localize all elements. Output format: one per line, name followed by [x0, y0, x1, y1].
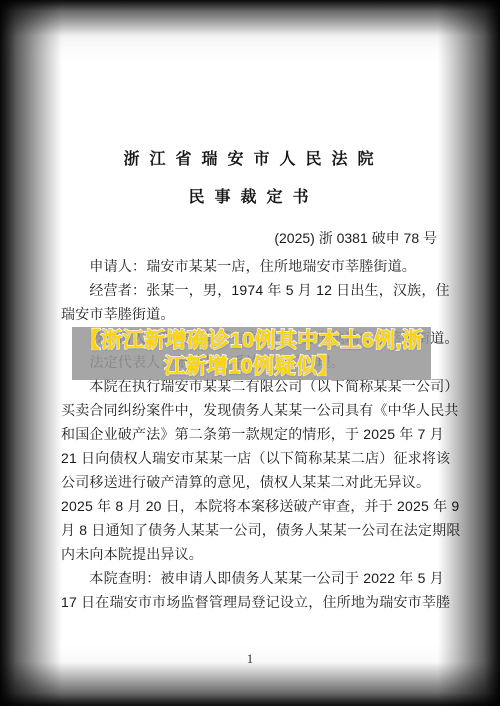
body-line: 瑞安市莘塍街道。 [61, 302, 453, 326]
body-line: 买卖合同纠纷案件中，发现债务人某某一公司具有《中华人民共 [61, 398, 453, 422]
body-line: 2025 年 8 月 20 日，本院将本案移送破产审查，并于 2025 年 9 [61, 494, 453, 518]
case-number: (2025) 浙 0381 破申 78 号 [61, 228, 437, 248]
body-line: 内未向本院提出异议。 [61, 542, 453, 566]
document-page: 浙 江 省 瑞 安 市 人 民 法 院 民 事 裁 定 书 (2025) 浙 0… [0, 0, 500, 706]
news-ticker-overlay: 【浙江新增确诊10例其中本土6例,浙 江新增10例疑似】 [72, 327, 431, 380]
news-headline-line1: 【浙江新增确诊10例其中本土6例,浙 [80, 328, 424, 354]
document-title: 民 事 裁 定 书 [0, 184, 500, 207]
body-line: 申请人：瑞安市某某一店，住所地瑞安市莘塍街道。 [61, 254, 453, 278]
body-line: 公司移送进行破产清算的意见，债权人某某二对此无异议。 [61, 470, 453, 494]
court-name: 浙 江 省 瑞 安 市 人 民 法 院 [0, 146, 500, 169]
page-number: 1 [61, 651, 439, 667]
news-headline-line2: 江新增10例疑似】 [164, 354, 339, 380]
body-line: 21 日向债权人瑞安市某某一店（以下简称某某二店）征求将该 [61, 446, 453, 470]
body-line: 经营者：张某一，男，1974 年 5 月 12 日出生，汉族，住 [61, 278, 453, 302]
body-line: 和国企业破产法》第二条第一款规定的情形，于 2025 年 7 月 [61, 422, 453, 446]
document-body: 申请人：瑞安市某某一店，住所地瑞安市莘塍街道。 经营者：张某一，男，1974 年… [61, 254, 453, 614]
body-line: 本院查明：被申请人即债务人某某一公司于 2022 年 5 月 [61, 566, 453, 590]
body-line: 月 8 日通知了债务人某某一公司，债务人某某一公司在法定期限 [61, 518, 453, 542]
body-line: 17 日在瑞安市市场监督管理局登记设立，住所地为瑞安市莘塍 [61, 590, 453, 614]
